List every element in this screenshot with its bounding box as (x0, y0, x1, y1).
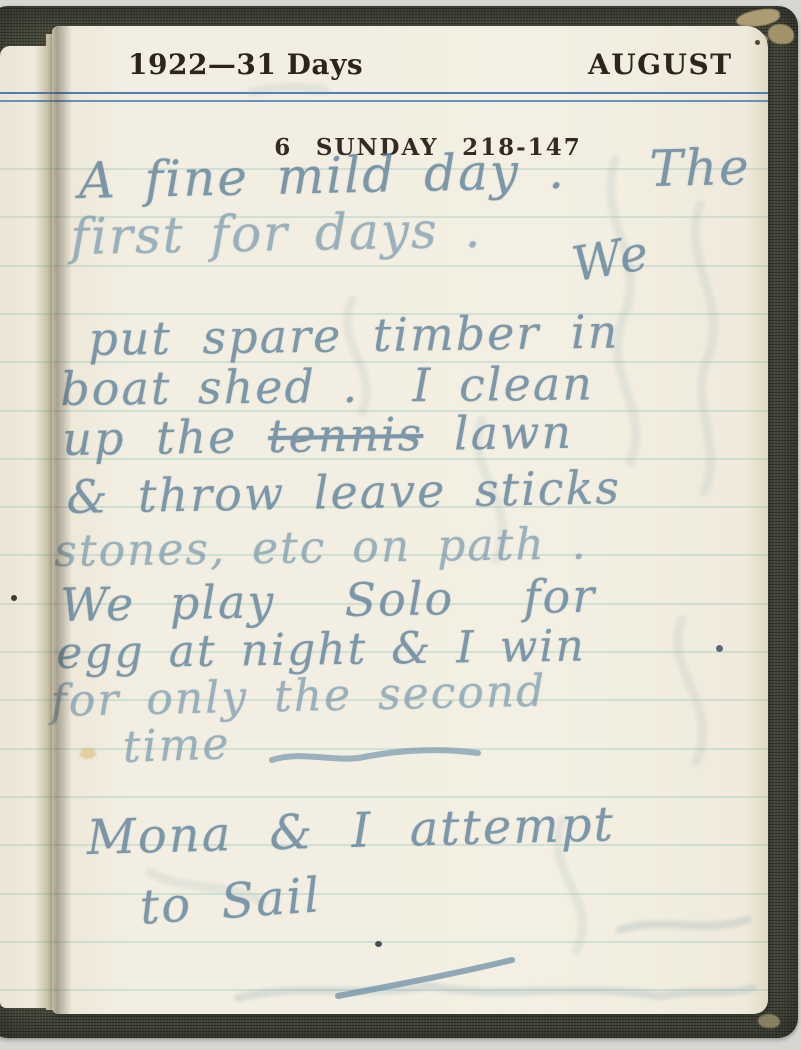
handwritten-line: & throw leave sticks (66, 460, 621, 524)
ink-dot-speck (716, 645, 723, 652)
handwritten-line: up the tennis lawn (62, 405, 573, 466)
foxing-stain (80, 748, 96, 759)
diary-scan: 1922—31 Days AUGUST 6 SUNDAY 218-147 A f… (0, 0, 801, 1050)
foxing-speck (755, 40, 760, 45)
handwritten-line: stones, etc on path . (54, 519, 588, 577)
ink-dot-speck (375, 941, 382, 947)
worn-corner-thread (758, 1014, 780, 1028)
worn-corner-thread (768, 24, 794, 44)
previous-page-edge (0, 46, 54, 1008)
handwritten-line: time (122, 718, 231, 773)
handwritten-text: lawn (423, 405, 574, 461)
handwritten-text: up the (62, 409, 268, 466)
ink-dot-speck (11, 595, 17, 601)
handwritten-line: first for days . (70, 201, 483, 266)
handwritten-line: for only the second (50, 666, 547, 727)
page-header-year-days: 1922—31 Days (128, 48, 363, 81)
struck-word: tennis (268, 407, 424, 463)
page-header-month: AUGUST (588, 48, 733, 81)
